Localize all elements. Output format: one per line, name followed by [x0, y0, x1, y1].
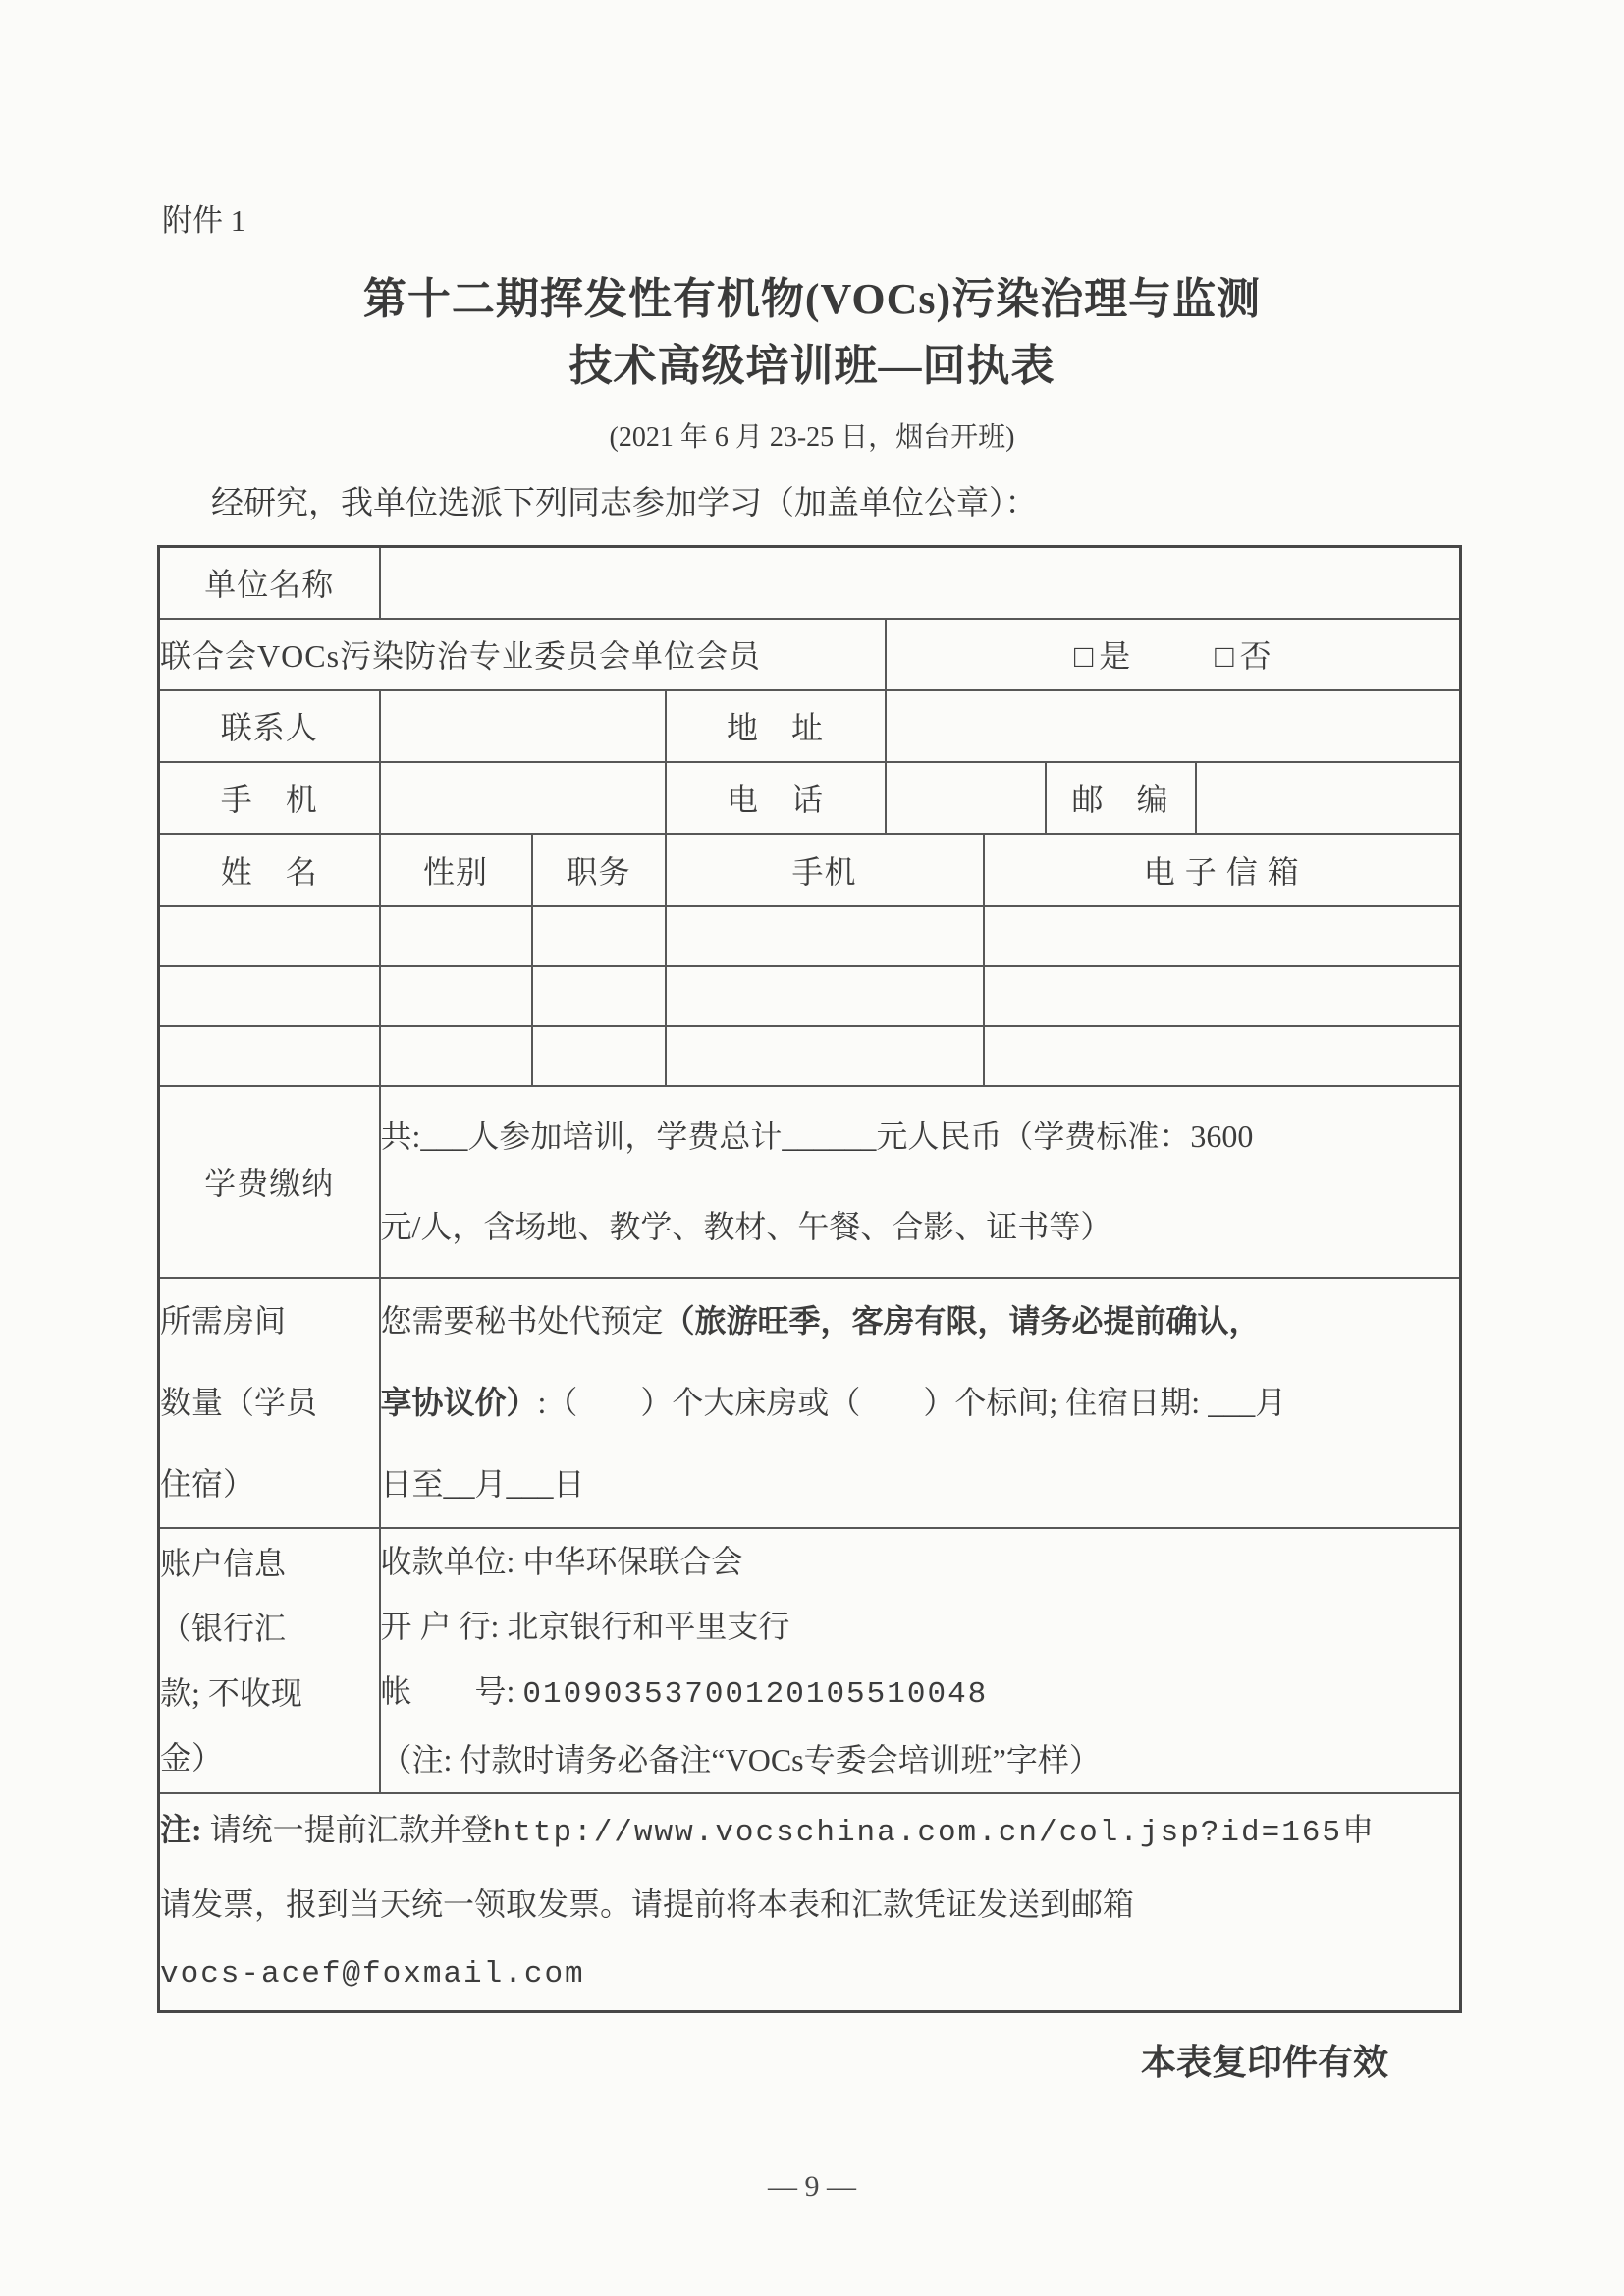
remarks-after-url: 申 [1342, 1812, 1374, 1847]
empty-cell [666, 966, 984, 1026]
room-line1-bold: （旅游旺季，客房有限，请务必提前确认， [664, 1303, 1261, 1339]
phone-value-cell [886, 762, 1046, 834]
invoice-url: http://www.vocschina.com.cn/col.jsp?id=1… [493, 1816, 1342, 1850]
member-no-option: □否 [1215, 638, 1271, 674]
account-number-value: 01090353700120105510048 [522, 1677, 988, 1712]
checkbox-unchecked-icon: □ [1074, 638, 1093, 674]
remarks-cell: 注: 请统一提前汇款并登http://www.vocschina.com.cn/… [159, 1793, 1461, 2012]
remarks-row: 注: 请统一提前汇款并登http://www.vocschina.com.cn/… [159, 1793, 1461, 2012]
room-line2: 享协议价）:（ ）个大床房或（ ）个标间; 住宿日期: ___月 [381, 1362, 1460, 1444]
form-title-line2: 技术高级培训班—回执表 [0, 339, 1624, 394]
roster-empty-row [159, 906, 1461, 966]
member-row: 联合会VOCs污染防治专业委员会单位会员 □是 □否 [159, 619, 1461, 690]
contact-email: vocs-acef@foxmail.com [160, 1940, 1459, 2010]
account-label-line1: 账户信息 [160, 1531, 379, 1596]
roster-duty-header: 职务 [532, 834, 666, 906]
fee-details-cell: 共:___人参加培训，学费总计______元人民币（学费标准：3600 元/人，… [380, 1086, 1461, 1278]
unit-name-value-cell [380, 547, 1461, 619]
fee-label: 学费缴纳 [159, 1086, 380, 1278]
room-details-cell: 您需要秘书处代预定（旅游旺季，客房有限，请务必提前确认， 享协议价）:（ ）个大… [380, 1278, 1461, 1528]
document-page: 附件 1 第十二期挥发性有机物(VOCs)污染治理与监测 技术高级培训班—回执表… [0, 0, 1624, 2296]
empty-cell [532, 906, 666, 966]
unit-name-label: 单位名称 [159, 547, 380, 619]
zip-value-cell [1196, 762, 1461, 834]
member-no-label: 否 [1240, 638, 1272, 674]
account-label-line2: （银行汇 [160, 1596, 379, 1661]
unit-name-row: 单位名称 [159, 547, 1461, 619]
empty-cell [666, 906, 984, 966]
account-label-line3: 款; 不收现 [160, 1661, 379, 1725]
empty-cell [159, 1026, 380, 1086]
room-row: 所需房间 数量（学员 住宿） 您需要秘书处代预定（旅游旺季，客房有限，请务必提前… [159, 1278, 1461, 1528]
roster-mobile-header: 手机 [666, 834, 984, 906]
empty-cell [159, 906, 380, 966]
mobile-value-cell [380, 762, 666, 834]
room-line1: 您需要秘书处代预定（旅游旺季，客房有限，请务必提前确认， [381, 1281, 1460, 1362]
member-yes-option: □是 [1074, 638, 1130, 674]
remarks-before-url: 请统一提前汇款并登 [202, 1812, 493, 1847]
account-number-label: 帐 号: [381, 1673, 523, 1709]
session-info: (2021 年 6 月 23-25 日，烟台开班) [0, 419, 1624, 457]
address-value-cell [886, 690, 1461, 762]
empty-cell [159, 966, 380, 1026]
room-line2-normal: :（ ）个大床房或（ ）个标间; 住宿日期: ___月 [538, 1385, 1287, 1420]
member-options-cell: □是 □否 [886, 619, 1461, 690]
account-label-line4: 金） [160, 1725, 379, 1790]
empty-cell [532, 966, 666, 1026]
room-label-line3: 住宿） [160, 1444, 379, 1525]
address-label: 地 址 [666, 690, 886, 762]
room-line2-bold: 享协议价） [381, 1385, 538, 1420]
room-label: 所需房间 数量（学员 住宿） [159, 1278, 380, 1528]
zip-label: 邮 编 [1046, 762, 1196, 834]
fee-line2: 元/人，含场地、教学、教材、午餐、合影、证书等） [381, 1181, 1460, 1272]
account-details-cell: 收款单位: 中华环保联合会 开 户 行: 北京银行和平里支行 帐 号: 0109… [380, 1528, 1461, 1793]
remarks-prefix: 注: [160, 1812, 202, 1847]
roster-name-header: 姓 名 [159, 834, 380, 906]
form-title-line1: 第十二期挥发性有机物(VOCs)污染治理与监测 [0, 272, 1624, 327]
registration-table: 单位名称 联合会VOCs污染防治专业委员会单位会员 □是 □否 联系人 地 址 … [157, 545, 1462, 2013]
empty-cell [380, 966, 532, 1026]
remarks-line2: 请发票，报到当天统一领取发票。请提前将本表和汇款凭证发送到邮箱 [160, 1869, 1459, 1940]
phone-label: 电 话 [666, 762, 886, 834]
empty-cell [984, 966, 1461, 1026]
intro-text: 经研究，我单位选派下列同志参加学习（加盖单位公章）： [211, 484, 1624, 523]
mobile-row: 手 机 电 话 邮 编 [159, 762, 1461, 834]
page-number: — 9 — [0, 2170, 1624, 2204]
roster-empty-row [159, 966, 1461, 1026]
checkbox-unchecked-icon: □ [1215, 638, 1233, 674]
roster-header-row: 姓 名 性别 职务 手机 电 子 信 箱 [159, 834, 1461, 906]
account-label: 账户信息 （银行汇 款; 不收现 金） [159, 1528, 380, 1793]
account-number-line: 帐 号: 01090353700120105510048 [381, 1659, 1460, 1727]
empty-cell [984, 1026, 1461, 1086]
room-line1-normal: 您需要秘书处代预定 [381, 1303, 664, 1339]
account-row: 账户信息 （银行汇 款; 不收现 金） 收款单位: 中华环保联合会 开 户 行:… [159, 1528, 1461, 1793]
account-payee-line: 收款单位: 中华环保联合会 [381, 1529, 1460, 1594]
empty-cell [380, 906, 532, 966]
fee-row: 学费缴纳 共:___人参加培训，学费总计______元人民币（学费标准：3600… [159, 1086, 1461, 1278]
roster-gender-header: 性别 [380, 834, 532, 906]
remarks-line1: 注: 请统一提前汇款并登http://www.vocschina.com.cn/… [160, 1794, 1459, 1869]
mobile-label: 手 机 [159, 762, 380, 834]
attachment-label: 附件 1 [162, 0, 1624, 241]
contact-label: 联系人 [159, 690, 380, 762]
empty-cell [984, 906, 1461, 966]
roster-email-header: 电 子 信 箱 [984, 834, 1461, 906]
member-yes-label: 是 [1099, 638, 1130, 674]
contact-value-cell [380, 690, 666, 762]
account-bank-line: 开 户 行: 北京银行和平里支行 [381, 1594, 1460, 1659]
empty-cell [380, 1026, 532, 1086]
contact-row: 联系人 地 址 [159, 690, 1461, 762]
copy-valid-note: 本表复印件有效 [157, 2041, 1459, 2084]
member-label: 联合会VOCs污染防治专业委员会单位会员 [159, 619, 886, 690]
empty-cell [666, 1026, 984, 1086]
empty-cell [532, 1026, 666, 1086]
roster-empty-row [159, 1026, 1461, 1086]
fee-line1: 共:___人参加培训，学费总计______元人民币（学费标准：3600 [381, 1091, 1460, 1181]
room-line3: 日至__月___日 [381, 1444, 1460, 1525]
room-label-line1: 所需房间 [160, 1281, 379, 1362]
room-label-line2: 数量（学员 [160, 1362, 379, 1444]
account-note-line: （注: 付款时请务必备注“VOCs专委会培训班”字样） [381, 1727, 1460, 1792]
